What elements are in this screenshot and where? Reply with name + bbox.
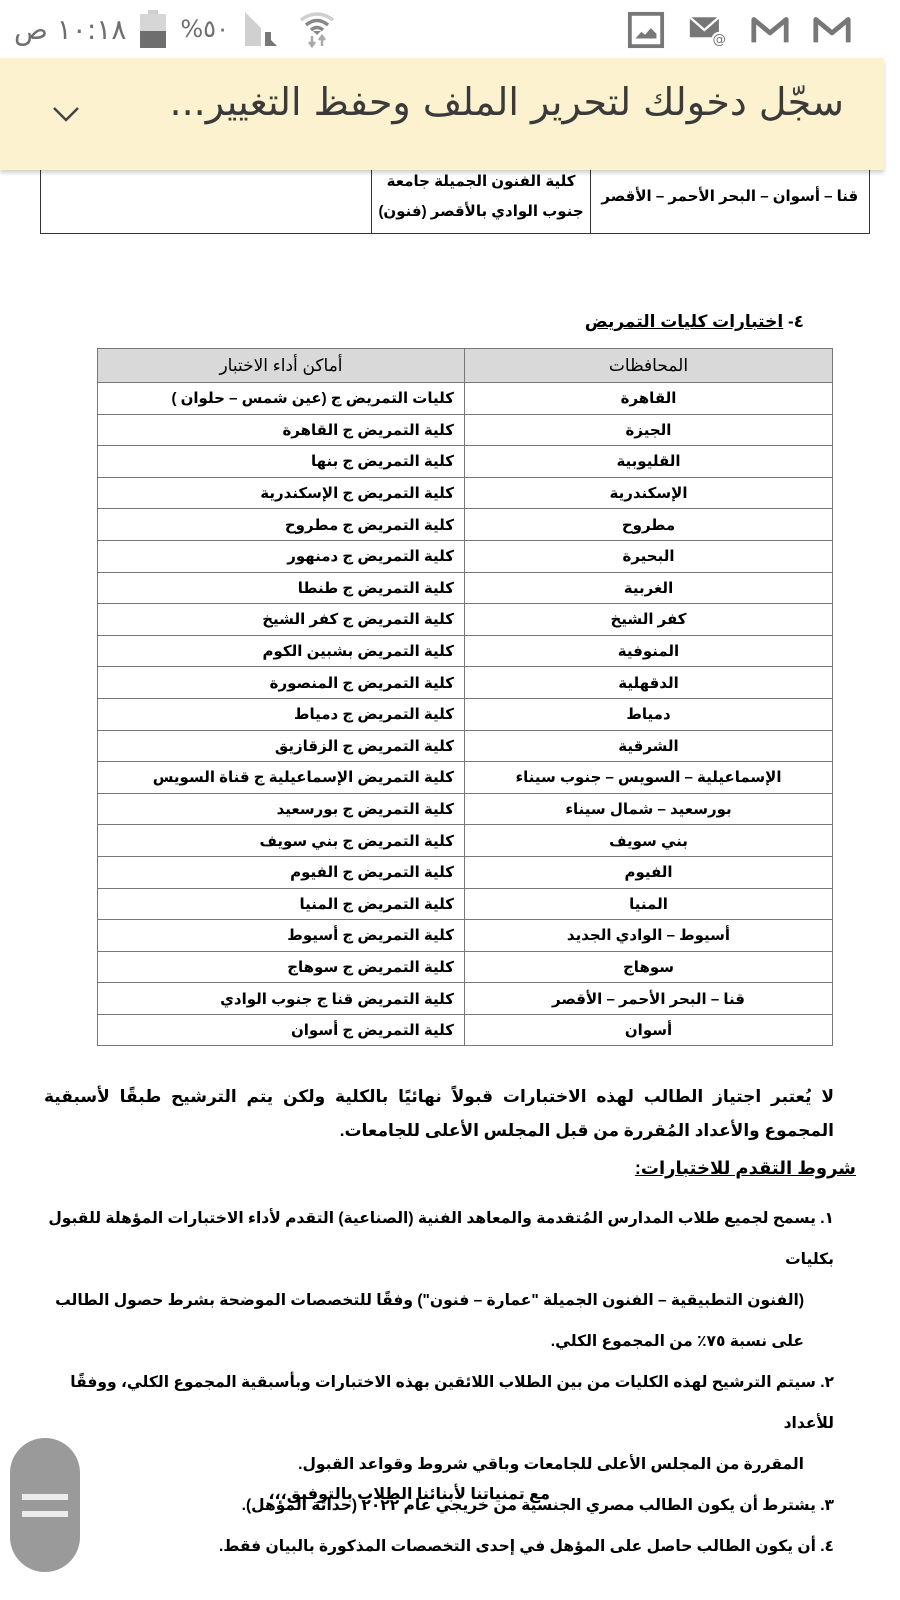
condition-item: ١. يسمح لجميع طلاب المدارس المُتقدمة وال… (24, 1198, 834, 1362)
table-row: دمياطكلية التمريض ج دمياط (98, 698, 833, 730)
table-row: الفيومكلية التمريض ج الفيوم (98, 856, 833, 888)
governorate-cell: الجيزة (465, 414, 833, 446)
header-locations: أماكن أداء الاختبار (98, 349, 465, 383)
condition-number: ١. (820, 1210, 834, 1227)
drag-handle-icon (22, 1494, 68, 1500)
governorate-cell: المنوفية (465, 635, 833, 667)
nursing-exams-table: المحافظات أماكن أداء الاختبار القاهرةكلي… (97, 348, 833, 1046)
table-row: الدقهليةكلية التمريض ج المنصورة (98, 667, 833, 699)
governorate-cell: كفر الشيخ (465, 604, 833, 636)
governorate-cell: الشرقية (465, 730, 833, 762)
location-cell: كلية التمريض ج بني سويف (98, 825, 465, 857)
section-heading: ٤- اختبارات كليات التمريض (585, 312, 804, 332)
section-title: اختبارات كليات التمريض (585, 312, 783, 331)
table-row: القاهرةكليات التمريض ج (عين شمس – حلوان … (98, 383, 833, 415)
governorate-cell: بني سويف (465, 825, 833, 857)
location-cell: كلية التمريض ج كفر الشيخ (98, 604, 465, 636)
location-cell: كلية التمريض بشبين الكوم (98, 635, 465, 667)
table-row: المنوفيةكلية التمريض بشبين الكوم (98, 635, 833, 667)
table-header-row: المحافظات أماكن أداء الاختبار (98, 349, 833, 383)
location-cell: كلية التمريض ج بنها (98, 446, 465, 478)
condition-number: ٣. (820, 1497, 834, 1514)
conditions-list: ١. يسمح لجميع طلاب المدارس المُتقدمة وال… (24, 1198, 834, 1567)
governorate-cell: الإسماعيلية – السويس – جنوب سيناء (465, 762, 833, 794)
table-row: كفر الشيخكلية التمريض ج كفر الشيخ (98, 604, 833, 636)
governorate-cell: الفيوم (465, 856, 833, 888)
table-row: قنا – البحر الأحمر – الأقصركلية التمريض … (98, 983, 833, 1015)
location-line: كلية الفنون الجميلة جامعة (372, 167, 589, 197)
governorate-cell: أسوان (465, 1014, 833, 1046)
acceptance-note: لا يُعتبر اجتياز الطالب لهذه الاختبارات … (44, 1080, 834, 1148)
table-row: الشرقيةكلية التمريض ج الزقازيق (98, 730, 833, 762)
condition-number: ٤. (820, 1538, 834, 1555)
table-row: قنا – أسوان – البحر الأحمر – الأقصر كلية… (41, 161, 870, 234)
header-governorates: المحافظات (465, 349, 833, 383)
location-cell: كلية التمريض ج بورسعيد (98, 793, 465, 825)
governorate-cell: بورسعيد – شمال سيناء (465, 793, 833, 825)
condition-text: يسمح لجميع طلاب المدارس المُتقدمة والمعا… (48, 1210, 834, 1268)
condition-continuation: (الفنون التطبيقية – الفنون الجميلة "عمار… (24, 1280, 834, 1362)
location-cell: كلية التمريض ج القاهرة (98, 414, 465, 446)
governorate-cell: الإسكندرية (465, 477, 833, 509)
location-cell: كلية التمريض ج طنطا (98, 572, 465, 604)
location-cell: كلية التمريض ج المنيا (98, 888, 465, 920)
chevron-down-icon[interactable] (48, 96, 84, 132)
location-line: جنوب الوادي بالأقصر (فنون) (372, 197, 589, 227)
condition-text: سيتم الترشيح لهذه الكليات من بين الطلاب … (70, 1374, 834, 1432)
table-row: المنياكلية التمريض ج المنيا (98, 888, 833, 920)
location-cell: كلية التمريض الإسماعيلية ج قناة السويس (98, 762, 465, 794)
location-cell: كلية التمريض ج الفيوم (98, 856, 465, 888)
document-page: قنا – أسوان – البحر الأحمر – الأقصر كلية… (0, 0, 900, 1600)
governorate-cell: أسيوط – الوادي الجديد (465, 920, 833, 952)
table-row: الجيزةكلية التمريض ج القاهرة (98, 414, 833, 446)
condition-item: ٤. أن يكون الطالب حاصل على المؤهل في إحد… (24, 1526, 834, 1567)
section-number: ٤- (788, 312, 804, 331)
table-row: القليوبيةكلية التمريض ج بنها (98, 446, 833, 478)
sign-in-banner[interactable]: سجّل دخولك لتحرير الملف وحفظ التغيير... (0, 58, 884, 170)
location-cell: كلية التمريض قنا ج جنوب الوادي (98, 983, 465, 1015)
governorate-cell: القليوبية (465, 446, 833, 478)
table-row: بورسعيد – شمال سيناءكلية التمريض ج بورسع… (98, 793, 833, 825)
location-cell: كلية الفنون الجميلة جامعة جنوب الوادي با… (372, 161, 590, 234)
table-row: سوهاجكلية التمريض ج سوهاج (98, 951, 833, 983)
table-row: البحيرةكلية التمريض ج دمنهور (98, 540, 833, 572)
condition-text: أن يكون الطالب حاصل على المؤهل في إحدى ا… (219, 1538, 816, 1555)
governorate-cell: الدقهلية (465, 667, 833, 699)
condition-continuation: المقررة من المجلس الأعلى للجامعات وباقي … (24, 1444, 834, 1485)
location-cell: كلية التمريض ج مطروح (98, 509, 465, 541)
closing-line: مع تمنياتنا لأبنائنا الطلاب بالتوفيق،،، (268, 1484, 550, 1504)
governorate-cell: البحيرة (465, 540, 833, 572)
empty-cell (41, 161, 372, 234)
banner-text[interactable]: سجّل دخولك لتحرير الملف وحفظ التغيير... (170, 80, 845, 124)
location-cell: كليات التمريض ج (عين شمس – حلوان ) (98, 383, 465, 415)
governorate-cell: دمياط (465, 698, 833, 730)
location-cell: كلية التمريض ج سوهاج (98, 951, 465, 983)
governorate-cell: مطروح (465, 509, 833, 541)
governorates-cell: قنا – أسوان – البحر الأحمر – الأقصر (590, 161, 869, 234)
governorate-cell: المنيا (465, 888, 833, 920)
drag-handle-icon (22, 1511, 68, 1517)
location-cell: كلية التمريض ج دمنهور (98, 540, 465, 572)
location-cell: كلية التمريض ج الزقازيق (98, 730, 465, 762)
condition-number: ٢. (820, 1374, 834, 1391)
floating-menu-handle[interactable] (10, 1438, 80, 1572)
table-row: بني سويفكلية التمريض ج بني سويف (98, 825, 833, 857)
governorate-cell: الغربية (465, 572, 833, 604)
location-cell: كلية التمريض ج أسوان (98, 1014, 465, 1046)
table-row: الغربيةكلية التمريض ج طنطا (98, 572, 833, 604)
previous-table-fragment: قنا – أسوان – البحر الأحمر – الأقصر كلية… (40, 160, 870, 234)
table-row: الإسماعيلية – السويس – جنوب سيناءكلية ال… (98, 762, 833, 794)
location-cell: كلية التمريض ج الإسكندرية (98, 477, 465, 509)
conditions-title: شروط التقدم للاختبارات: (635, 1158, 856, 1179)
location-cell: كلية التمريض ج أسيوط (98, 920, 465, 952)
table-row: أسيوط – الوادي الجديدكلية التمريض ج أسيو… (98, 920, 833, 952)
table-row: مطروحكلية التمريض ج مطروح (98, 509, 833, 541)
table-row: الإسكندريةكلية التمريض ج الإسكندرية (98, 477, 833, 509)
table-row: أسوانكلية التمريض ج أسوان (98, 1014, 833, 1046)
governorate-cell: سوهاج (465, 951, 833, 983)
condition-item: ٢. سيتم الترشيح لهذه الكليات من بين الطل… (24, 1362, 834, 1485)
governorate-cell: قنا – البحر الأحمر – الأقصر (465, 983, 833, 1015)
governorate-cell: القاهرة (465, 383, 833, 415)
location-cell: كلية التمريض ج المنصورة (98, 667, 465, 699)
location-cell: كلية التمريض ج دمياط (98, 698, 465, 730)
